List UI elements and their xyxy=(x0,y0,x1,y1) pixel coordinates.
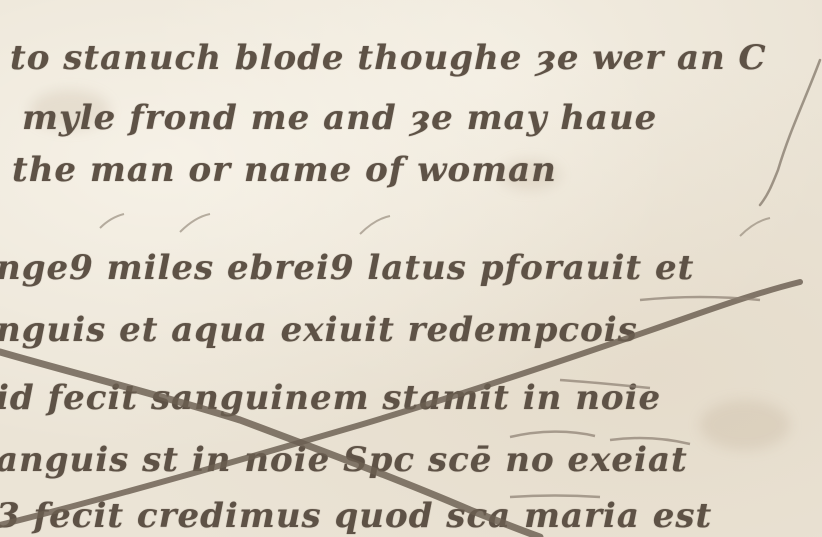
manuscript-line-6: id fecit sanguinem stamit in noie xyxy=(0,378,661,418)
abbreviation-mark xyxy=(360,216,390,234)
manuscript-line-3: the man or name of woman xyxy=(12,150,557,190)
abbreviation-mark xyxy=(100,214,124,228)
parchment-stain xyxy=(700,400,790,450)
abbreviation-mark xyxy=(740,218,770,236)
abbreviation-mark xyxy=(640,297,760,300)
manuscript-line-4: nge9 miles ebrei9 latus pforauit et xyxy=(0,248,694,288)
manuscript-line-5: nguis et aqua exiuit redempcois xyxy=(0,310,638,350)
margin-flourish xyxy=(760,60,820,205)
abbreviation-mark xyxy=(180,214,210,232)
manuscript-line-1: to stanuch blode thoughe ȝe wer an C xyxy=(10,38,767,78)
abbreviation-mark xyxy=(510,432,595,437)
manuscript-line-7: anguis st in noie Spc scē no exeiat xyxy=(0,440,688,480)
manuscript-page: to stanuch blode thoughe ȝe wer an C myl… xyxy=(0,0,822,537)
manuscript-line-8: 3 fecit credimus quod sca maria est xyxy=(0,496,712,536)
manuscript-line-2: myle frond me and ȝe may haue xyxy=(22,98,657,138)
